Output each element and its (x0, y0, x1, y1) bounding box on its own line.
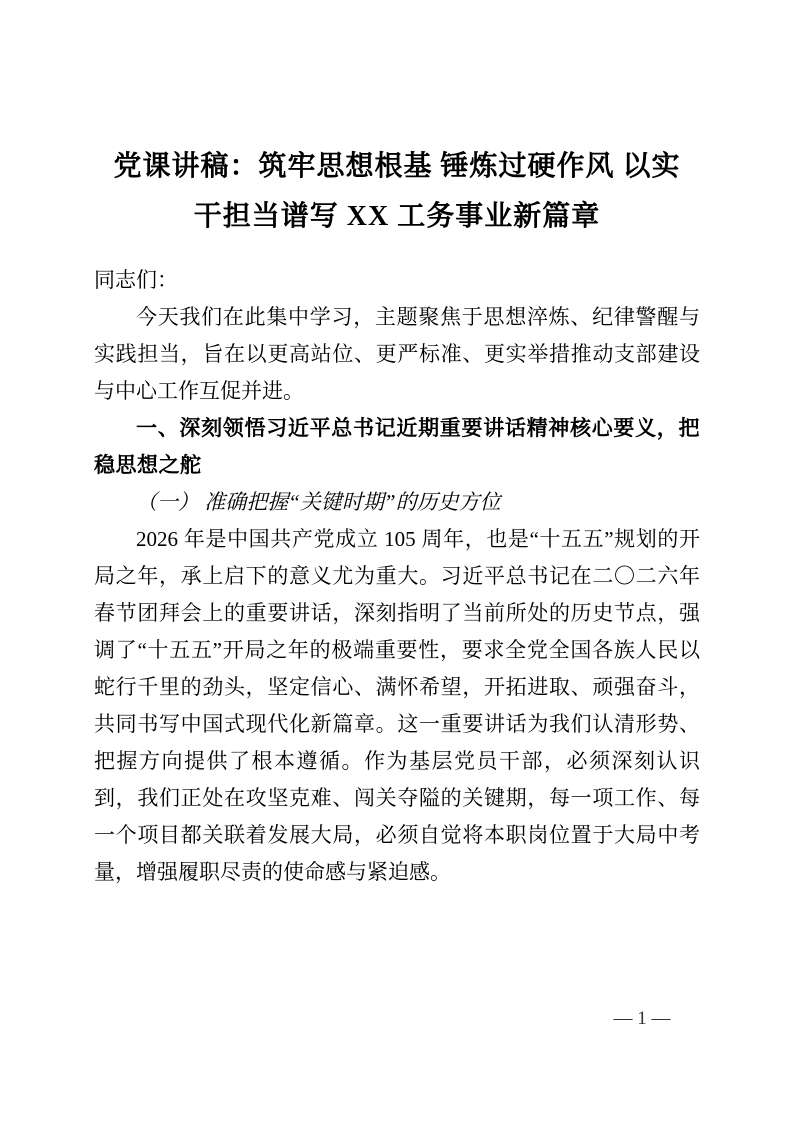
document-body: 同志们： 今天我们在此集中学习，主题聚焦于思想淬炼、纪律警醒与实践担当，旨在以更… (94, 262, 700, 891)
page-number: — 1 — (577, 1008, 707, 1030)
body-paragraph: 2026 年是中国共产党成立 105 周年，也是“十五五”规划的开局之年，承上启… (94, 521, 700, 891)
section-heading: 一、深刻领悟习近平总书记近期重要讲话精神核心要义，把稳思想之舵 (94, 410, 700, 484)
subsection-heading: （一） 准确把握“关键时期”的历史方位 (94, 484, 700, 521)
document-title: 党课讲稿：筑牢思想根基 锤炼过硬作风 以实 干担当谱写 XX 工务事业新篇章 (94, 142, 700, 242)
salutation: 同志们： (94, 262, 700, 299)
document-title-line-1: 党课讲稿：筑牢思想根基 锤炼过硬作风 以实 (94, 142, 700, 192)
intro-paragraph: 今天我们在此集中学习，主题聚焦于思想淬炼、纪律警醒与实践担当，旨在以更高站位、更… (94, 299, 700, 410)
document-title-line-2: 干担当谱写 XX 工务事业新篇章 (94, 192, 700, 242)
document-content: 党课讲稿：筑牢思想根基 锤炼过硬作风 以实 干担当谱写 XX 工务事业新篇章 同… (94, 142, 700, 891)
document-page: 党课讲稿：筑牢思想根基 锤炼过硬作风 以实 干担当谱写 XX 工务事业新篇章 同… (0, 0, 793, 1122)
